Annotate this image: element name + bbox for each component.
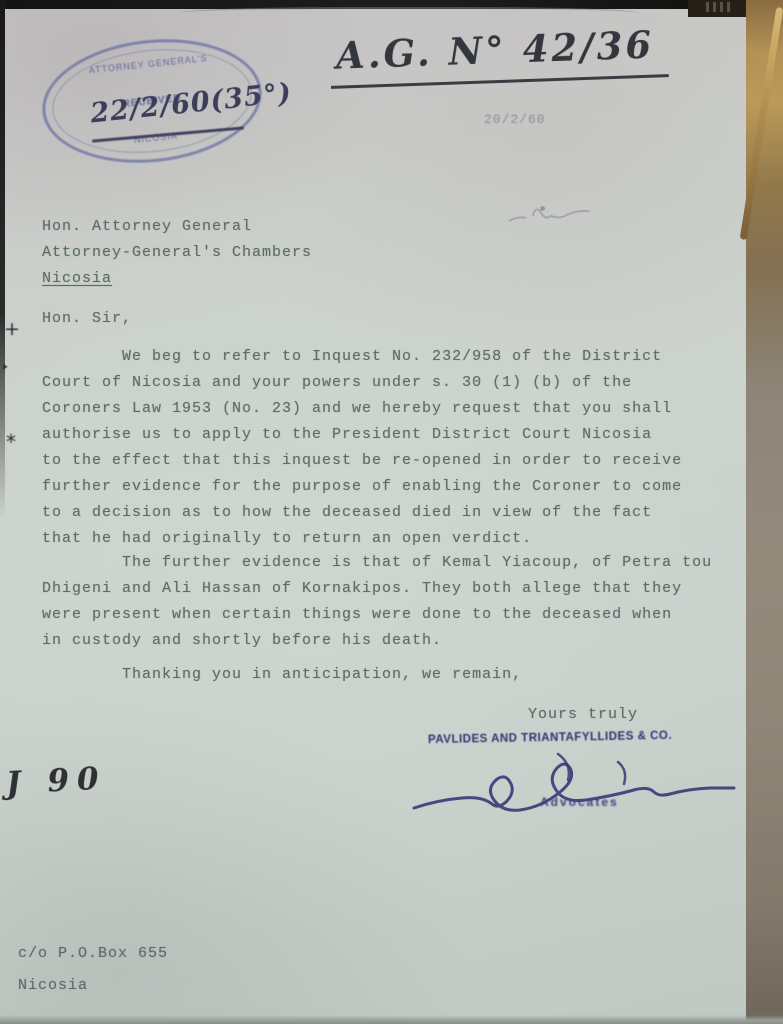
margin-ink-mark: *: [6, 430, 16, 454]
signature-icon: [408, 742, 753, 822]
scanned-letter-page: ATTORNEY GENERAL'S RECEIVED NICOSIA 22/2…: [0, 0, 783, 1024]
sender-address: c/o P.O.Box 655 Nicosia: [18, 938, 168, 1002]
valediction: Yours truly: [528, 706, 638, 723]
signer-title: Advocates: [540, 795, 619, 809]
page-right-edge: [746, 0, 783, 1024]
stamp-arc-top-text: ATTORNEY GENERAL'S: [88, 53, 208, 75]
margin-ink-mark: +: [4, 318, 20, 340]
salutation: Hon. Sir,: [42, 310, 132, 327]
closing-line: Thanking you in anticipation, we remain,: [42, 666, 732, 683]
page-top-curve: [180, 7, 640, 19]
scan-left-edge: [0, 0, 5, 520]
body-paragraph-1: We beg to refer to Inquest No. 232/958 o…: [42, 344, 732, 552]
margin-ink-mark: ‣: [1, 360, 9, 376]
scan-bottom-edge: [0, 1015, 783, 1024]
margin-note-handwritten: J 90: [5, 760, 107, 801]
recipient-line: Attorney-General's Chambers: [42, 240, 312, 266]
typed-date: 20/2/60: [484, 112, 546, 127]
pencil-scribble: [504, 197, 596, 231]
recipient-line: Hon. Attorney General: [42, 214, 312, 240]
body-paragraph-2: The further evidence is that of Kemal Yi…: [42, 550, 732, 654]
recipient-block: Hon. Attorney General Attorney-General's…: [42, 214, 312, 292]
recipient-city: Nicosia: [42, 266, 312, 292]
file-number-handwritten: A.G. N° 42/36: [329, 22, 669, 89]
scan-top-right-artifact: [688, 0, 748, 17]
